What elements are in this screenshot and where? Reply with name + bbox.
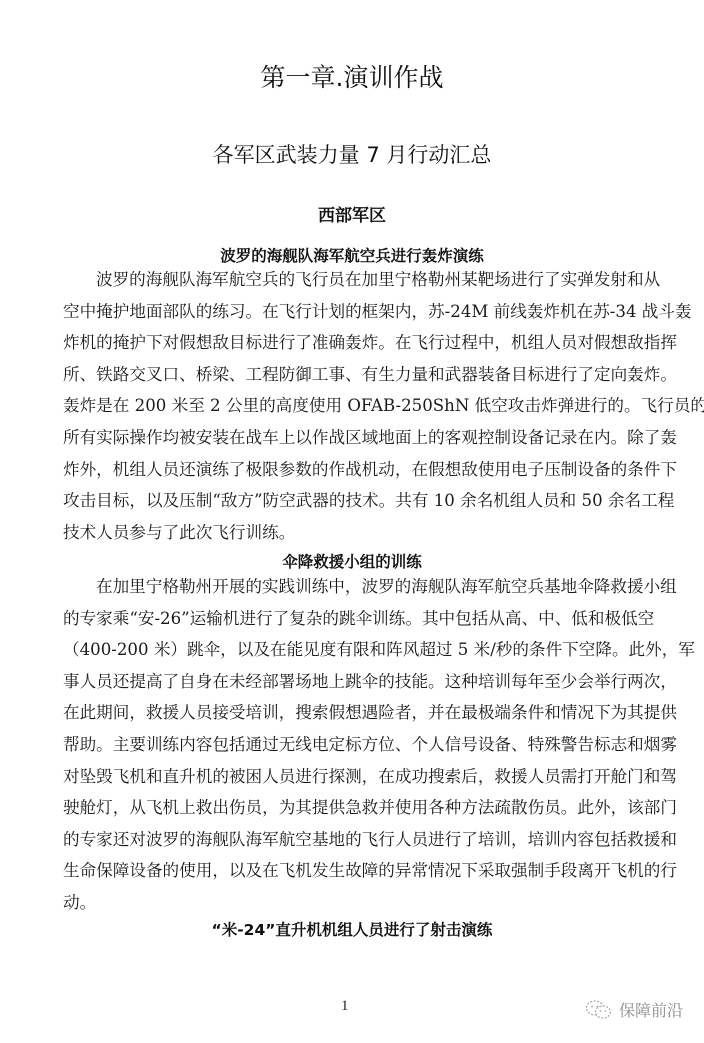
text-line: 在此期间，救援人员接受培训，搜索假想遇险者，并在最极端条件和情况下为其提供	[63, 697, 653, 729]
text-line: 炸外，机组人员还演练了极限参数的作战机动，在假想敌使用电子压制设备的条件下	[63, 454, 653, 486]
chapter-title: 第一章.演训作战	[0, 58, 704, 94]
text-line: 的专家乘“安-26”运输机进行了复杂的跳伞训练。其中包括从高、中、低和极低空	[63, 603, 653, 635]
section-heading-parachute-rescue: 伞降救援小组的训练	[0, 550, 704, 572]
text-line: 事人员还提高了自身在未经部署场地上跳伞的技能。这种培训每年至少会举行两次，	[63, 666, 653, 698]
wechat-icon	[585, 999, 613, 1021]
text-line: 的专家还对波罗的海舰队海军航空基地的飞行人员进行了培训，培训内容包括救援和	[63, 824, 653, 856]
text-line: 帮助。主要训练内容包括通过无线电定标方位、个人信号设备、特殊警告标志和烟雾	[63, 729, 653, 761]
report-title: 各军区武装力量 7 月行动汇总	[0, 139, 704, 169]
text-line: 在加里宁格勒州开展的实践训练中，波罗的海舰队海军航空兵基地伞降救援小组	[63, 571, 653, 603]
section-body-bombing-drill: 波罗的海舰队海军航空兵的飞行员在加里宁格勒州某靶场进行了实弹发射和从 空中掩护地…	[63, 264, 653, 548]
text-line: 动。	[63, 887, 653, 919]
watermark-label: 保障前沿	[619, 998, 683, 1021]
text-line: 攻击目标，以及压制“敌方”防空武器的技术。共有 10 余名机组人员和 50 余名…	[63, 485, 653, 517]
text-line: 波罗的海舰队海军航空兵的飞行员在加里宁格勒州某靶场进行了实弹发射和从	[63, 264, 653, 296]
text-line: 炸机的掩护下对假想敌目标进行了准确轰炸。在飞行过程中，机组人员对假想敌指挥	[63, 327, 653, 359]
text-line: （400-200 米）跳伞，以及在能见度有限和阵风超过 5 米/秒的条件下空降。…	[63, 634, 653, 666]
section-body-parachute-rescue: 在加里宁格勒州开展的实践训练中，波罗的海舰队海军航空兵基地伞降救援小组 的专家乘…	[63, 571, 653, 919]
text-line: 所、铁路交叉口、桥梁、工程防御工事、有生力量和武器装备目标进行了定向轰炸。	[63, 359, 653, 391]
text-line: 轰炸是在 200 米至 2 公里的高度使用 OFAB-250ShN 低空攻击炸弹…	[63, 390, 653, 422]
text-line: 技术人员参与了此次飞行训练。	[63, 517, 653, 549]
section-heading-mi24-firing: “米-24”直升机机组人员进行了射击演练	[0, 918, 704, 940]
section-heading-bombing-drill: 波罗的海舰队海军航空兵进行轰炸演练	[0, 244, 704, 266]
text-line: 驶舱灯，从飞机上救出伤员，为其提供急救并使用各种方法疏散伤员。此外，该部门	[63, 792, 653, 824]
region-title: 西部军区	[0, 201, 704, 226]
text-line: 空中掩护地面部队的练习。在飞行计划的框架内，苏-24M 前线轰炸机在苏-34 战…	[63, 296, 653, 328]
text-line: 所有实际操作均被安装在战车上以作战区域地面上的客观控制设备记录在内。除了轰	[63, 422, 653, 454]
text-line: 对坠毁飞机和直升机的被困人员进行探测，在成功搜索后，救援人员需打开舱门和驾	[63, 761, 653, 793]
watermark: 保障前沿	[585, 998, 683, 1021]
document-page: 第一章.演训作战 各军区武装力量 7 月行动汇总 西部军区 波罗的海舰队海军航空…	[0, 0, 704, 1043]
page-number: 1	[341, 998, 349, 1015]
text-line: 生命保障设备的使用，以及在飞机发生故障的异常情况下采取强制手段离开飞机的行	[63, 855, 653, 887]
